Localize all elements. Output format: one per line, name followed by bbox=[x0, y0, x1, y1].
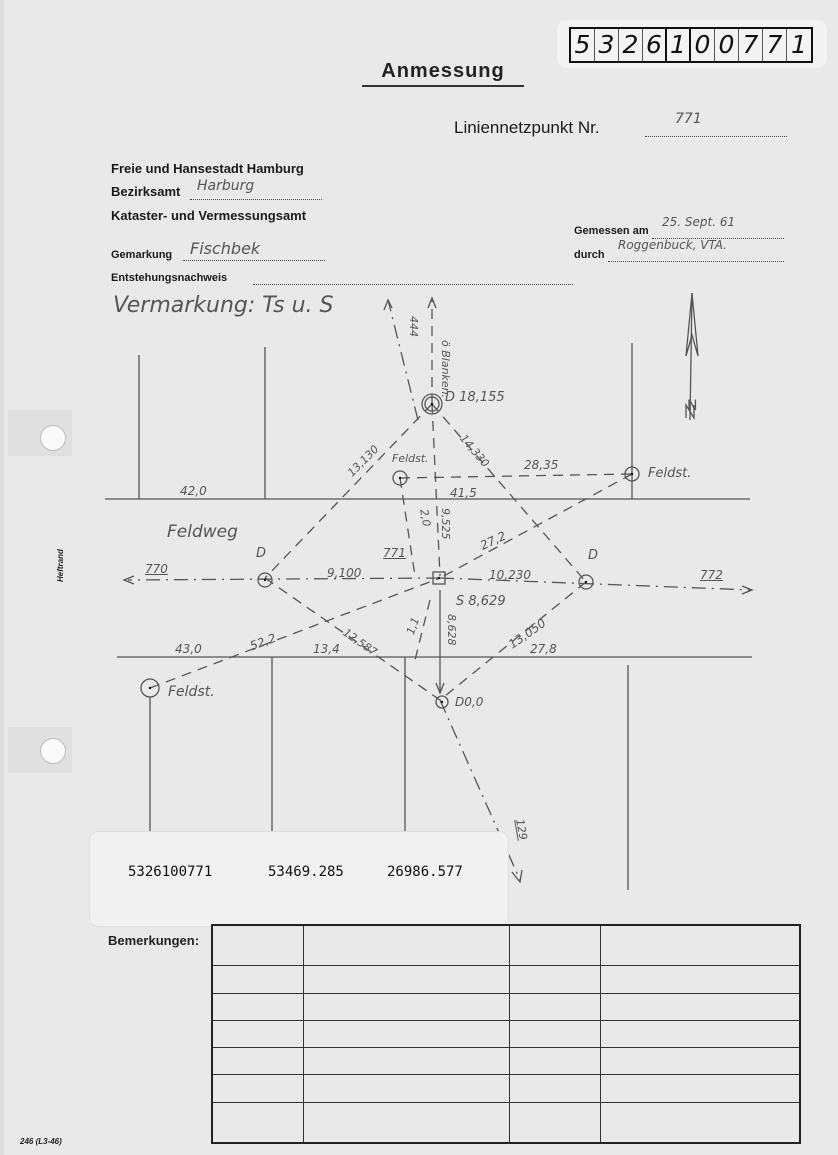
remarks-cell bbox=[212, 1102, 304, 1143]
label-771: 771 bbox=[383, 546, 406, 560]
remarks-cell bbox=[601, 1020, 801, 1047]
form-number: 246 (L3-46) bbox=[20, 1137, 62, 1146]
label-772: 772 bbox=[700, 568, 723, 582]
remarks-cell bbox=[212, 993, 304, 1020]
measurement: 27,8 bbox=[530, 642, 557, 656]
measurement: 2,0 bbox=[417, 508, 433, 527]
measurement: 41,5 bbox=[450, 486, 477, 500]
measurement: 28,35 bbox=[524, 458, 558, 472]
remarks-cell bbox=[304, 993, 510, 1020]
coordinate-point-id: 5326100771 bbox=[128, 864, 212, 880]
remarks-row bbox=[212, 1020, 800, 1047]
label-d-top: D 18,155 bbox=[445, 390, 505, 405]
label-s-value: S 8,629 bbox=[456, 594, 506, 609]
remarks-cell bbox=[510, 1102, 601, 1143]
remarks-cell bbox=[510, 1075, 601, 1102]
remarks-row bbox=[212, 925, 800, 966]
vermarkung-note: Vermarkung: Ts u. S bbox=[113, 293, 333, 318]
remarks-table bbox=[211, 924, 801, 1144]
remarks-cell bbox=[601, 1102, 801, 1143]
remarks-cell bbox=[601, 966, 801, 993]
margin-label: Heftrand bbox=[56, 549, 65, 582]
label-d-bottom: D0,0 bbox=[455, 695, 483, 709]
remarks-row bbox=[212, 966, 800, 993]
coordinate-label: 5326100771 53469.285 26986.577 bbox=[90, 832, 508, 926]
label-d-left: D bbox=[256, 546, 266, 561]
measurement: 8,628 bbox=[445, 614, 458, 646]
label-blanken: ö Blanken. bbox=[439, 340, 452, 398]
remarks-cell bbox=[304, 1048, 510, 1075]
north-label: N bbox=[687, 398, 697, 414]
remarks-cell bbox=[212, 966, 304, 993]
coordinate-y: 26986.577 bbox=[387, 864, 463, 880]
remarks-cell bbox=[601, 1048, 801, 1075]
measurement: 13,4 bbox=[313, 642, 340, 656]
remarks-label: Bemerkungen: bbox=[108, 933, 199, 948]
measurement: 9,525 bbox=[439, 508, 452, 540]
remarks-cell bbox=[304, 925, 510, 966]
remarks-cell bbox=[601, 1075, 801, 1102]
remarks-row bbox=[212, 993, 800, 1020]
label-d-right: D bbox=[588, 548, 598, 563]
remarks-cell bbox=[510, 1020, 601, 1047]
road-label: Feldweg bbox=[167, 522, 238, 542]
measurement: 10,230 bbox=[489, 568, 531, 582]
coordinate-x: 53469.285 bbox=[268, 864, 344, 880]
label-feldst-right: Feldst. bbox=[648, 466, 691, 481]
remarks-cell bbox=[304, 966, 510, 993]
remarks-row bbox=[212, 1048, 800, 1075]
remarks-cell bbox=[304, 1075, 510, 1102]
remarks-cell bbox=[212, 1048, 304, 1075]
remarks-cell bbox=[601, 925, 801, 966]
measurement: 9,100 bbox=[327, 566, 361, 580]
remarks-cell bbox=[212, 1020, 304, 1047]
remarks-cell bbox=[510, 966, 601, 993]
measurement: 42,0 bbox=[180, 484, 207, 498]
remarks-cell bbox=[601, 993, 801, 1020]
label-444: 444 bbox=[407, 316, 420, 337]
remarks-row bbox=[212, 1102, 800, 1143]
remarks-cell bbox=[212, 925, 304, 966]
measurement: 43,0 bbox=[175, 642, 202, 656]
remarks-cell bbox=[510, 993, 601, 1020]
label-770: 770 bbox=[145, 562, 168, 576]
remarks-cell bbox=[510, 1048, 601, 1075]
remarks-cell bbox=[304, 1102, 510, 1143]
label-feldst-bottom: Feldst. bbox=[168, 684, 215, 700]
label-feldst-left-top: Feldst. bbox=[392, 452, 429, 465]
remarks-cell bbox=[304, 1020, 510, 1047]
remarks-cell bbox=[212, 1075, 304, 1102]
remarks-cell bbox=[510, 925, 601, 966]
remarks-row bbox=[212, 1075, 800, 1102]
